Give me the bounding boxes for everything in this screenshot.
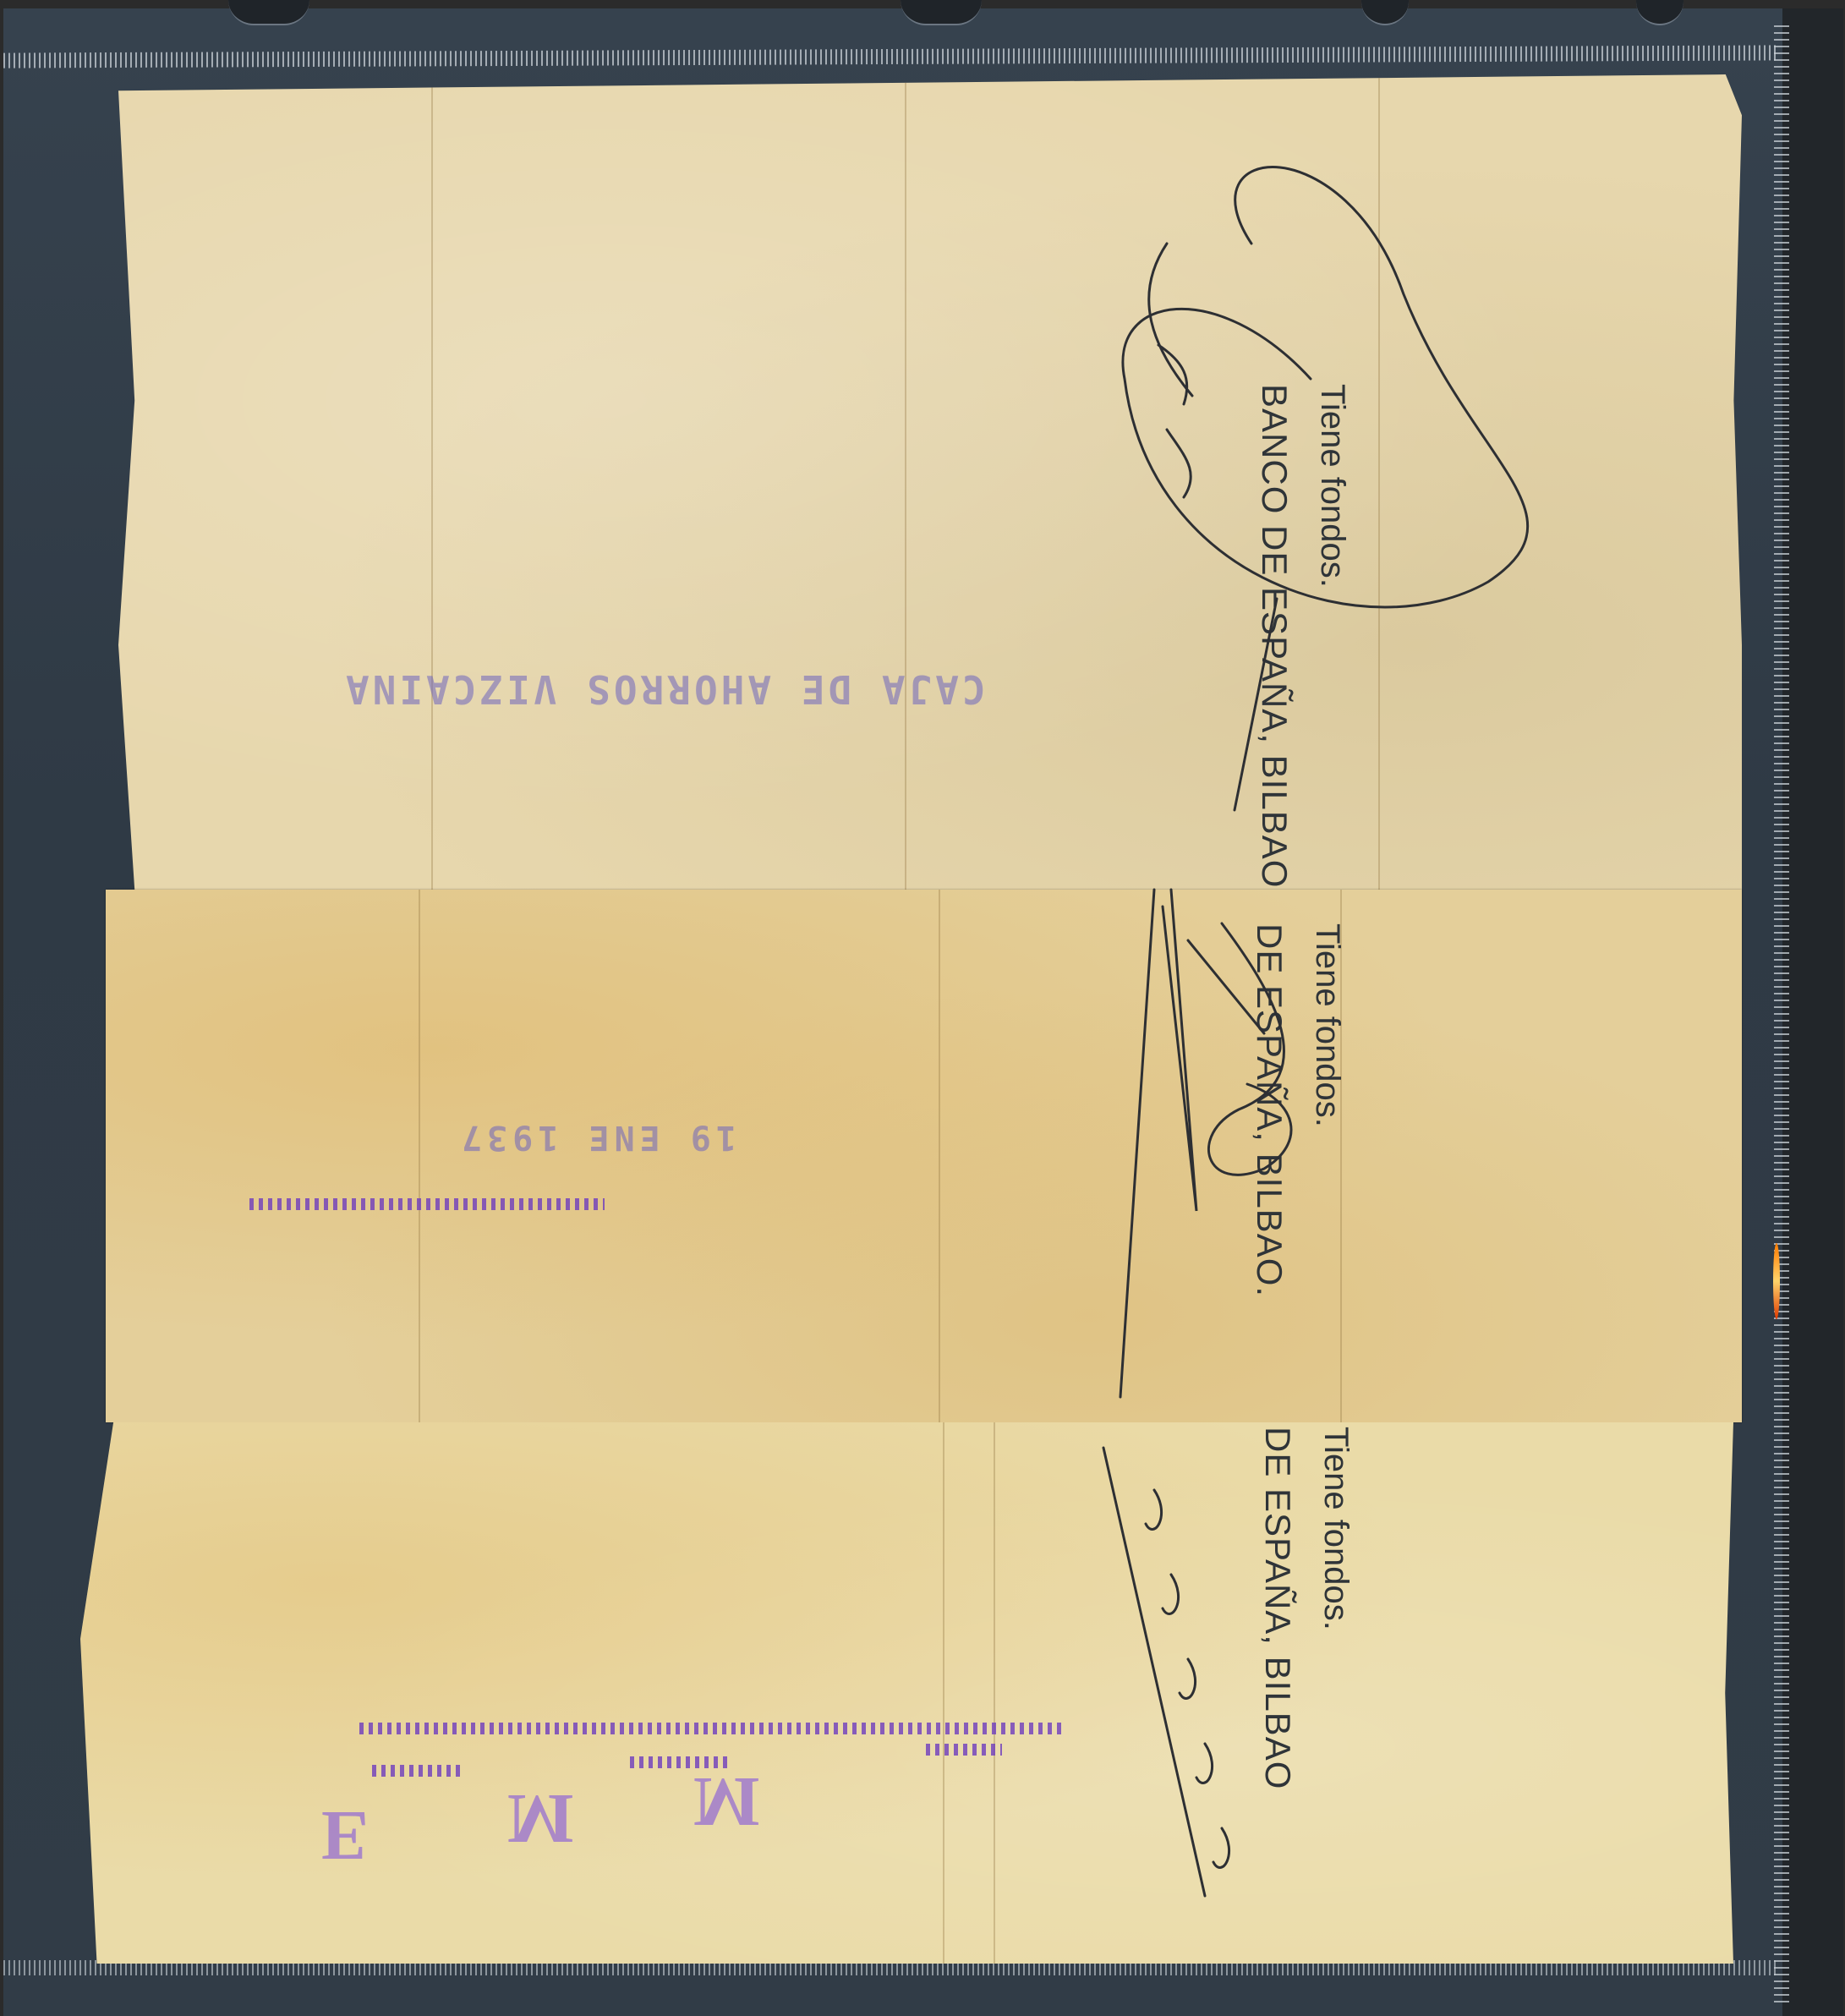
binder-hole: [228, 0, 309, 25]
sleeve-edge-band: [1782, 8, 1843, 2016]
check-2: 19 ENE 1937 Tiene fondos. DE ESPAÑA, BIL…: [106, 890, 1742, 1422]
light-glare: [1773, 1243, 1780, 1319]
check-3: E M M Tiene fondos. DE ESPAÑA, BILBAO: [80, 1422, 1733, 1964]
binder-hole: [901, 0, 982, 25]
signature-icon: [106, 890, 1742, 1422]
sleeve-seam-right: [1774, 25, 1789, 2004]
signature-icon: [118, 74, 1742, 890]
signature-icon: [80, 1422, 1733, 1964]
check-1: CAJA DE AHORROS VIZCAINA Tiene fondos. B…: [118, 74, 1742, 890]
